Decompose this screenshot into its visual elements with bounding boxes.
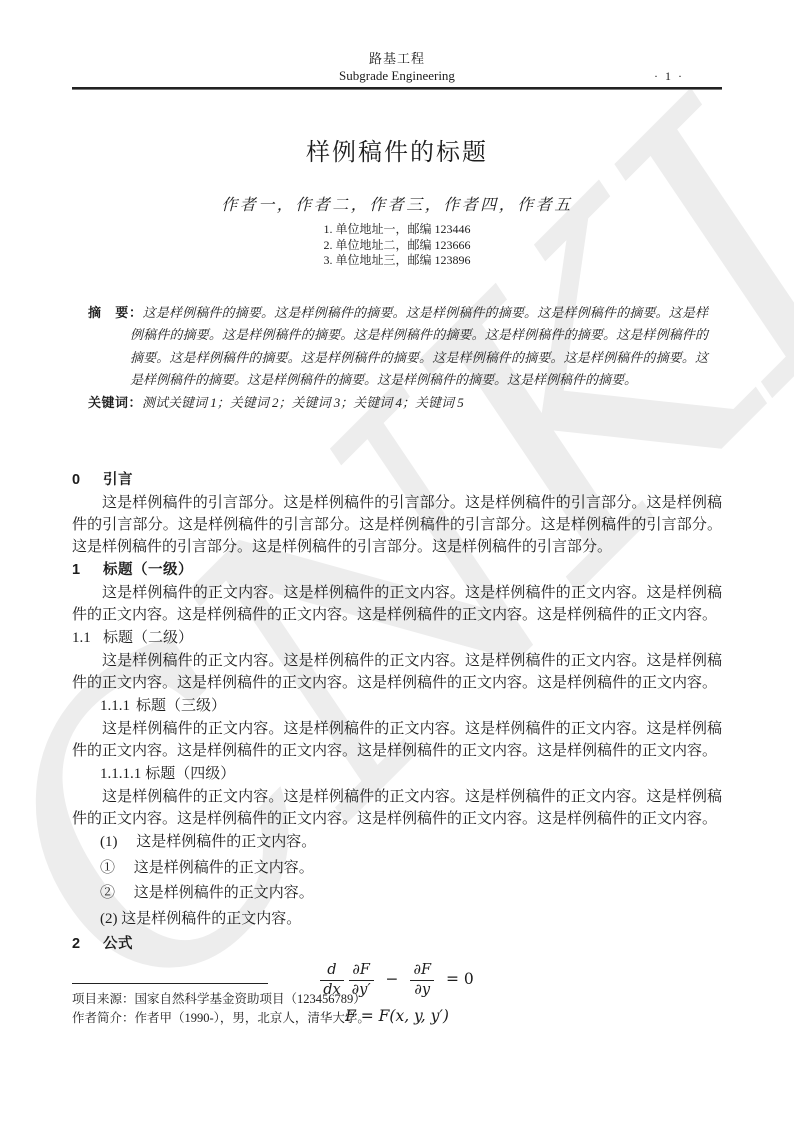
section-title: 标题（二级）	[103, 630, 193, 646]
author-list: 作者一，作者二，作者三，作者四，作者五	[72, 192, 722, 215]
affiliation-list: 1. 单位地址一，邮编 123446 2. 单位地址二，邮编 123666 3.…	[72, 222, 722, 269]
abstract-block: 摘 要：这是样例稿件的摘要。这是样例稿件的摘要。这是样例稿件的摘要。这是样例稿件…	[88, 302, 708, 415]
document-page: CNKI 路基工程 Subgrade Engineering · 1 · 样例稿…	[0, 0, 794, 1123]
section-paragraph: 这是样例稿件的正文内容。这是样例稿件的正文内容。这是样例稿件的正文内容。这是样例…	[72, 786, 722, 830]
section-paragraph: 这是样例稿件的正文内容。这是样例稿件的正文内容。这是样例稿件的正文内容。这是样例…	[72, 650, 722, 694]
footnote-author-bio: 作者简介：作者甲（1990-），男，北京人，清华大学。	[72, 1009, 722, 1028]
section-heading-0: 0引言	[72, 469, 722, 491]
list-item-3: ② 这是样例稿件的正文内容。	[72, 881, 722, 907]
keywords-text: 测试关键词 1；关键词 2；关键词 3；关键词 4；关键词 5	[142, 395, 464, 410]
section-heading-1-1: 1.1标题（二级）	[72, 627, 722, 649]
section-heading-1: 1标题（一级）	[72, 559, 722, 581]
section-number: 1	[72, 559, 98, 581]
journal-title-cn: 路基工程	[72, 50, 722, 67]
abstract-label: 摘 要：	[88, 305, 143, 320]
affiliation-3: 3. 单位地址三，邮编 123896	[72, 253, 722, 269]
list-item-1: (1) 这是样例稿件的正文内容。	[72, 830, 722, 856]
section-heading-1-1-1: 1.1.1标题（三级）	[72, 695, 722, 717]
affiliation-2: 2. 单位地址二，邮编 123666	[72, 238, 722, 254]
list-item-2: ① 这是样例稿件的正文内容。	[72, 856, 722, 882]
keywords-label: 关键词：	[88, 395, 142, 410]
fraction-numerator: ∂F	[349, 962, 374, 981]
keywords-paragraph: 关键词：测试关键词 1；关键词 2；关键词 3；关键词 4；关键词 5	[88, 392, 708, 415]
section-title: 引言	[103, 472, 133, 488]
section-number: 0	[72, 469, 98, 491]
journal-title-en: Subgrade Engineering	[339, 68, 455, 83]
article-title: 样例稿件的标题	[72, 132, 722, 167]
footnote-block: 项目来源：国家自然科学基金资助项目（123456789） 作者简介：作者甲（19…	[72, 983, 722, 1027]
abstract-text: 这是样例稿件的摘要。这是样例稿件的摘要。这是样例稿件的摘要。这是样例稿件的摘要。…	[130, 305, 708, 388]
section-number: 1.1	[72, 627, 98, 649]
fraction-numerator: ∂F	[410, 962, 434, 981]
section-number: 2	[72, 933, 98, 955]
section-heading-1-1-1-1: 1.1.1.1标题（四级）	[72, 763, 722, 785]
fraction-numerator: d	[320, 962, 343, 981]
section-title: 标题（三级）	[136, 698, 226, 714]
page-number: · 1 ·	[654, 68, 684, 85]
section-number: 1.1.1	[100, 695, 132, 717]
section-title: 公式	[103, 936, 133, 952]
header-rule	[72, 87, 722, 90]
journal-title-row: Subgrade Engineering · 1 ·	[72, 67, 722, 84]
section-paragraph: 这是样例稿件的引言部分。这是样例稿件的引言部分。这是样例稿件的引言部分。这是样例…	[72, 492, 722, 558]
section-paragraph: 这是样例稿件的正文内容。这是样例稿件的正文内容。这是样例稿件的正文内容。这是样例…	[72, 718, 722, 762]
footnote-rule	[72, 983, 268, 984]
list-item-4: (2) 这是样例稿件的正文内容。	[72, 907, 722, 933]
section-number: 1.1.1.1	[100, 763, 141, 785]
page-content: 路基工程 Subgrade Engineering · 1 · 样例稿件的标题 …	[0, 0, 794, 1027]
section-title: 标题（一级）	[103, 562, 193, 578]
footnote-funding: 项目来源：国家自然科学基金资助项目（123456789）	[72, 990, 722, 1009]
running-head: 路基工程 Subgrade Engineering · 1 ·	[72, 50, 722, 90]
article-body: 0引言 这是样例稿件的引言部分。这是样例稿件的引言部分。这是样例稿件的引言部分。…	[72, 469, 722, 1027]
section-heading-2: 2公式	[72, 933, 722, 955]
abstract-paragraph: 摘 要：这是样例稿件的摘要。这是样例稿件的摘要。这是样例稿件的摘要。这是样例稿件…	[88, 302, 708, 392]
section-paragraph: 这是样例稿件的正文内容。这是样例稿件的正文内容。这是样例稿件的正文内容。这是样例…	[72, 582, 722, 626]
affiliation-1: 1. 单位地址一，邮编 123446	[72, 222, 722, 238]
section-title: 标题（四级）	[145, 766, 235, 782]
